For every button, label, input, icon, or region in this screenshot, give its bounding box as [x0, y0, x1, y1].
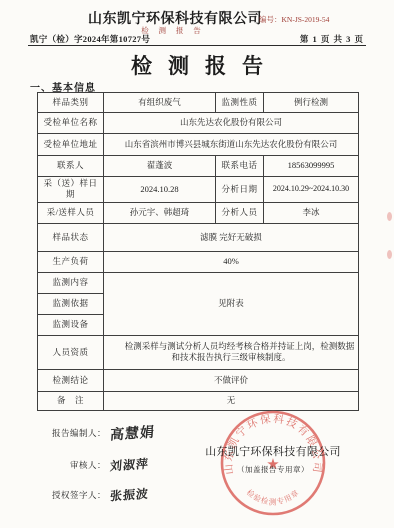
personnel-label: 人员资质 [38, 335, 104, 369]
personnel-value: 检测采样与测试分析人员均经考核合格并持证上岗，检测数据和技术报告执行三级审核制度… [104, 335, 359, 369]
table-row: 采/送样人员 孙元宇、韩超琦 分析人员 李冰 [38, 202, 359, 223]
client-address-label: 受检单位地址 [38, 134, 104, 156]
analysis-date-label: 分析日期 [216, 177, 264, 203]
sample-type-label: 样品类别 [38, 93, 104, 113]
contact-value: 翟蓬波 [104, 156, 216, 177]
remark-label: 备 注 [38, 391, 104, 410]
conclusion-label: 检测结论 [38, 369, 104, 391]
preparer-signature: 高慧娟 [109, 421, 155, 444]
monitor-device-label: 监测设备 [38, 314, 104, 335]
signatory-row: 授权签字人： 张振波 [34, 486, 204, 503]
reviewer-signature: 刘淑萍 [109, 455, 149, 475]
seal-overlay-note: （加盖报告专用章） [203, 464, 343, 475]
production-load-label: 生产负荷 [38, 251, 104, 272]
conclusion-value: 不做评价 [104, 369, 359, 391]
basic-info-table: 样品类别 有组织废气 监测性质 例行检测 受检单位名称 山东先达农化股份有限公司… [37, 92, 359, 411]
table-row: 受检单位地址 山东省滨州市博兴县城东街道山东先达农化股份有限公司 [38, 134, 359, 156]
table-row: 生产负荷 40% [38, 251, 359, 272]
client-name-label: 受检单位名称 [38, 113, 104, 134]
table-row: 监测内容 见附表 [38, 272, 359, 293]
analyst-value: 李冰 [264, 202, 359, 223]
analysis-date-value: 2024.10.29~2024.10.30 [264, 177, 359, 203]
signatory-signature: 张振波 [109, 485, 149, 505]
table-row: 受检单位名称 山东先达农化股份有限公司 [38, 113, 359, 134]
analyst-label: 分析人员 [216, 202, 264, 223]
ink-smudge [387, 212, 392, 221]
preparer-label: 报告编制人： [34, 427, 106, 439]
phone-value: 18563099995 [264, 156, 359, 177]
monitor-content-label: 监测内容 [38, 272, 104, 293]
monitor-nature-value: 例行检测 [264, 93, 359, 113]
table-row: 采（送）样日期 2024.10.28 分析日期 2024.10.29~2024.… [38, 177, 359, 203]
ink-smudge [387, 250, 392, 259]
monitor-nature-label: 监测性质 [216, 93, 264, 113]
table-row: 样品类别 有组织废气 监测性质 例行检测 [38, 93, 359, 113]
contact-label: 联系人 [38, 156, 104, 177]
seal-bottom-text: 检验检测专用章 [245, 487, 301, 506]
phone-label: 联系电话 [216, 156, 264, 177]
report-number: 编号：KN-JS-2019-54 [259, 14, 329, 25]
table-row: 人员资质 检测采样与测试分析人员均经考核合格并持证上岗，检测数据和技术报告执行三… [38, 335, 359, 369]
see-attachment-value: 见附表 [104, 272, 359, 335]
page-counter: 第 1 页 共 3 页 [300, 33, 364, 45]
client-name-value: 山东先达农化股份有限公司 [104, 113, 359, 134]
client-address-value: 山东省滨州市博兴县城东街道山东先达农化股份有限公司 [104, 134, 359, 156]
seal-overlay-company: 山东凯宁环保科技有限公司 [203, 443, 343, 459]
sample-type-value: 有组织废气 [104, 93, 216, 113]
preparer-row: 报告编制人： 高慧娟 [34, 423, 204, 443]
reviewer-label: 审核人： [34, 459, 106, 471]
table-row: 检测结论 不做评价 [38, 369, 359, 391]
signature-block: 报告编制人： 高慧娟 审核人： 刘淑萍 授权签字人： 张振波 [34, 423, 204, 516]
sample-state-label: 样品状态 [38, 223, 104, 251]
sampling-date-value: 2024.10.28 [104, 177, 216, 203]
sample-state-value: 滤膜 完好无破损 [104, 223, 359, 251]
table-row: 联系人 翟蓬波 联系电话 18563099995 [38, 156, 359, 177]
reviewer-row: 审核人： 刘淑萍 [34, 456, 204, 473]
report-page: 山东凯宁环保科技有限公司 编号：KN-JS-2019-54 检 测 报 告 凯宁… [0, 0, 394, 528]
company-seal: 山东凯宁环保科技有限公司 ★ 检验检测专用章 山东凯宁环保科技有限公司 （加盖报… [203, 406, 343, 526]
monitor-basis-label: 监测依据 [38, 293, 104, 314]
sampling-date-label: 采（送）样日期 [38, 177, 104, 203]
production-load-value: 40% [104, 251, 359, 272]
signatory-label: 授权签字人： [34, 489, 106, 501]
sampler-label: 采/送样人员 [38, 202, 104, 223]
table-row: 样品状态 滤膜 完好无破损 [38, 223, 359, 251]
report-title: 检测报告 [0, 50, 394, 80]
sampler-value: 孙元宇、韩超琦 [104, 202, 216, 223]
document-number: 凯宁（检）字2024年第10727号 [30, 33, 150, 45]
svg-text:检验检测专用章: 检验检测专用章 [245, 487, 301, 506]
header-divider [28, 45, 366, 46]
